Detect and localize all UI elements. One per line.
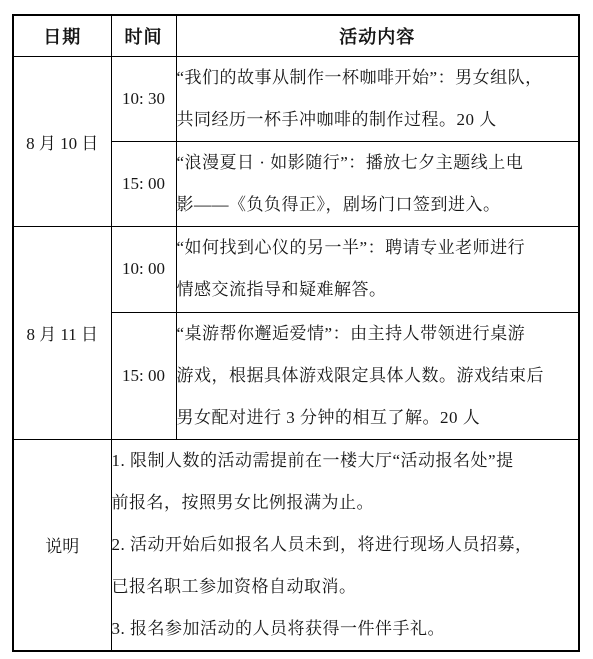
notes-label-cell: 说明 bbox=[13, 439, 111, 651]
table-header-row: 日期 时间 活动内容 bbox=[13, 15, 579, 56]
time-cell-1500-day2: 15: 00 bbox=[111, 312, 176, 439]
activity-text-line: “桌游帮你邂逅爱情”：由主持人带领进行桌游 bbox=[177, 313, 579, 355]
note-text-line: 2. 活动开始后如报名人员未到，将进行现场人员招募， bbox=[112, 524, 579, 566]
time-cell-1000: 10: 00 bbox=[111, 226, 176, 312]
note-text-line: 3. 报名参加活动的人员将获得一件伴手礼。 bbox=[112, 608, 579, 650]
activity-text-line: 男女配对进行 3 分钟的相互了解。20 人 bbox=[177, 397, 579, 439]
activity-cell-lecture: “如何找到心仪的另一半”：聘请专业老师进行 情感交流指导和疑难解答。 bbox=[176, 226, 579, 312]
activity-text-line: 共同经历一杯手冲咖啡的制作过程。20 人 bbox=[177, 99, 579, 141]
activity-text-line: 情感交流指导和疑难解答。 bbox=[177, 269, 579, 311]
column-header-activity: 活动内容 bbox=[176, 15, 579, 56]
column-header-date: 日期 bbox=[13, 15, 111, 56]
activity-cell-coffee: “我们的故事从制作一杯咖啡开始”：男女组队， 共同经历一杯手冲咖啡的制作过程。2… bbox=[176, 56, 579, 141]
activity-text-line: “浪漫夏日 · 如影随行”：播放七夕主题线上电 bbox=[177, 142, 579, 184]
activity-text-line: 游戏，根据具体游戏限定具体人数。游戏结束后 bbox=[177, 355, 579, 397]
column-header-time: 时间 bbox=[111, 15, 176, 56]
note-text-line: 1. 限制人数的活动需提前在一楼大厅“活动报名处”提 bbox=[112, 440, 579, 482]
activity-text-line: “我们的故事从制作一杯咖啡开始”：男女组队， bbox=[177, 57, 579, 99]
note-text-line: 已报名职工参加资格自动取消。 bbox=[112, 566, 579, 608]
table-row: 8 月 11 日 10: 00 “如何找到心仪的另一半”：聘请专业老师进行 情感… bbox=[13, 226, 579, 312]
date-cell-aug-10: 8 月 10 日 bbox=[13, 56, 111, 226]
date-cell-aug-11: 8 月 11 日 bbox=[13, 226, 111, 439]
time-cell-1030: 10: 30 bbox=[111, 56, 176, 141]
notes-row: 说明 1. 限制人数的活动需提前在一楼大厅“活动报名处”提 前报名，按照男女比例… bbox=[13, 439, 579, 651]
activity-text-line: “如何找到心仪的另一半”：聘请专业老师进行 bbox=[177, 227, 579, 269]
time-cell-1500-day1: 15: 00 bbox=[111, 141, 176, 226]
notes-content-cell: 1. 限制人数的活动需提前在一楼大厅“活动报名处”提 前报名，按照男女比例报满为… bbox=[111, 439, 579, 651]
activity-text-line: 影——《负负得正》，剧场门口签到进入。 bbox=[177, 184, 579, 226]
document-page: 日期 时间 活动内容 8 月 10 日 10: 30 “我们的故事从制作一杯咖啡… bbox=[0, 0, 593, 659]
table-row: 8 月 10 日 10: 30 “我们的故事从制作一杯咖啡开始”：男女组队， 共… bbox=[13, 56, 579, 141]
activity-cell-boardgame: “桌游帮你邂逅爱情”：由主持人带领进行桌游 游戏，根据具体游戏限定具体人数。游戏… bbox=[176, 312, 579, 439]
activity-cell-movie: “浪漫夏日 · 如影随行”：播放七夕主题线上电 影——《负负得正》，剧场门口签到… bbox=[176, 141, 579, 226]
activity-schedule-table: 日期 时间 活动内容 8 月 10 日 10: 30 “我们的故事从制作一杯咖啡… bbox=[12, 14, 580, 652]
note-text-line: 前报名，按照男女比例报满为止。 bbox=[112, 482, 579, 524]
